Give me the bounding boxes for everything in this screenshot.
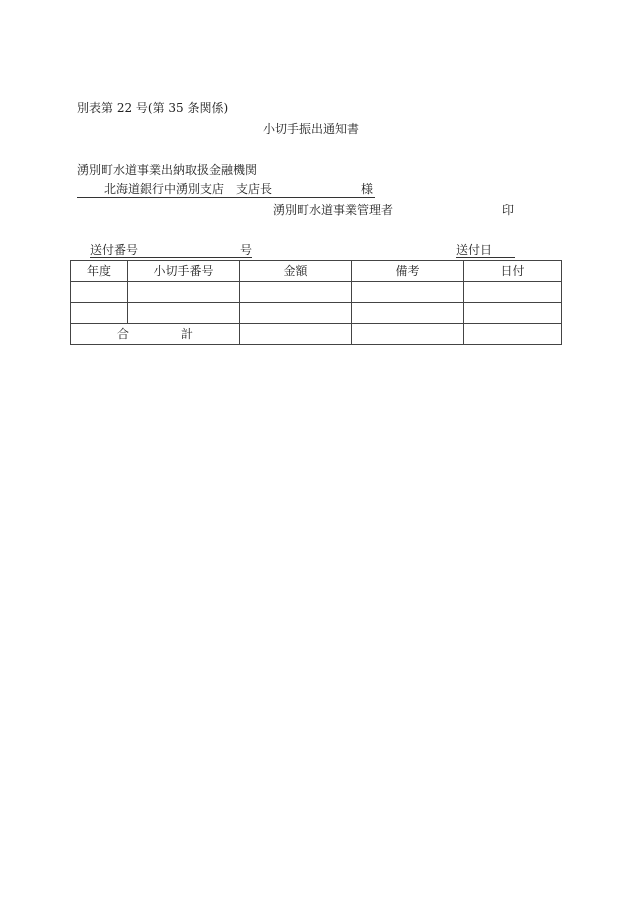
check-table: 年度 小切手番号 金額 備考 日付 合計 [70,260,562,345]
send-number-field: 送付番号 号 [90,243,252,258]
cell-remarks[interactable] [352,282,464,303]
header-date: 日付 [464,261,562,282]
cell-amount[interactable] [240,303,352,324]
send-number-suffix: 号 [240,243,252,257]
sender-name: 湧別町水道事業管理者 [273,203,393,217]
send-date-field: 送付日 [456,243,515,258]
cell-check-number[interactable] [128,303,240,324]
header-remarks: 備考 [352,261,464,282]
addressee-line: 北海道銀行中湧別支店 支店長 様 [77,182,375,198]
cell-fiscal-year[interactable] [71,282,128,303]
total-label-part2: 計 [181,327,193,341]
total-label-part1: 合 [117,327,129,341]
header-check-number: 小切手番号 [128,261,240,282]
send-number-label: 送付番号 [90,243,138,257]
total-remarks[interactable] [352,324,464,345]
send-date-label: 送付日 [456,243,492,257]
total-date[interactable] [464,324,562,345]
cell-amount[interactable] [240,282,352,303]
addressee-bank: 北海道銀行中湧別支店 支店長 [104,182,272,196]
form-reference: 別表第 22 号(第 35 条関係) [77,101,228,115]
addressee-honorific: 様 [361,182,373,196]
total-label: 合計 [71,324,240,345]
total-amount[interactable] [240,324,352,345]
header-amount: 金額 [240,261,352,282]
table-row [71,303,562,324]
header-fiscal-year: 年度 [71,261,128,282]
total-row: 合計 [71,324,562,345]
seal-mark: 印 [502,203,514,217]
table-row [71,282,562,303]
addressee-organization: 湧別町水道事業出納取扱金融機関 [77,163,257,177]
cell-date[interactable] [464,303,562,324]
table-header-row: 年度 小切手番号 金額 備考 日付 [71,261,562,282]
document-title: 小切手振出通知書 [263,122,359,136]
cell-fiscal-year[interactable] [71,303,128,324]
cell-date[interactable] [464,282,562,303]
cell-remarks[interactable] [352,303,464,324]
cell-check-number[interactable] [128,282,240,303]
